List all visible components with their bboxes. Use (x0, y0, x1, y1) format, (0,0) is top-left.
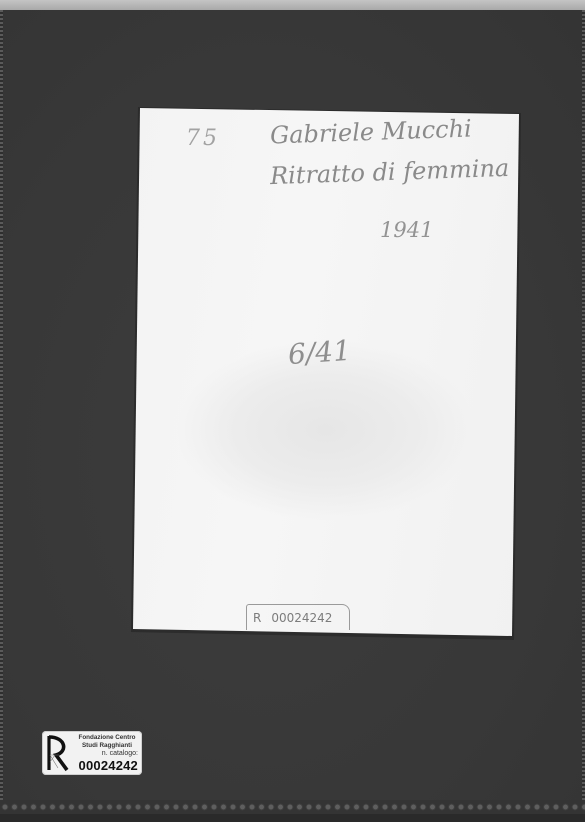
handwritten-year: 1941 (380, 218, 433, 242)
organization-line-2: Studi Ragghianti (72, 742, 142, 750)
scanner-bed-edge (0, 0, 585, 10)
organization-line-1: Fondazione Centro (72, 734, 142, 742)
catalog-number: 00024242 (79, 758, 138, 773)
catalog-caption: n. catalogo: (102, 750, 138, 757)
archive-stamp: R 00024242 (246, 604, 350, 630)
sleeve-bottom-edge (0, 814, 585, 822)
handwritten-fraction: 6/41 (287, 334, 352, 371)
sleeve-perforation-strip (0, 800, 585, 814)
handwritten-inventory-number: 75 (186, 126, 220, 151)
label-organization: Fondazione Centro Studi Ragghianti (72, 734, 142, 750)
ragghianti-r-logo-icon (46, 734, 70, 772)
sleeve-edge-left (0, 10, 3, 800)
catalog-label: Fondazione Centro Studi Ragghianti n. ca… (42, 731, 142, 775)
stamp-prefix: R (253, 611, 261, 625)
stamp-number: 00024242 (271, 611, 332, 625)
